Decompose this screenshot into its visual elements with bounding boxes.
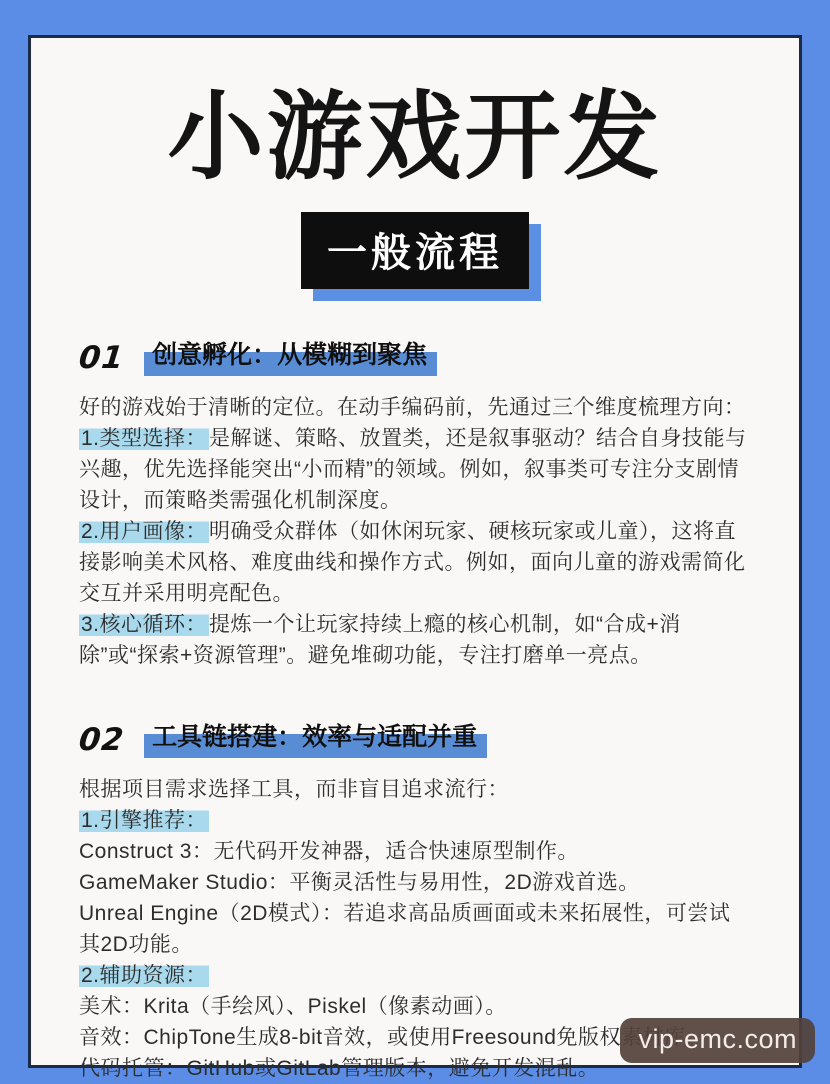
section-number: 02 <box>77 722 126 758</box>
list-item: 3.核心循环：提炼一个让玩家持续上瘾的核心机制，如“合成+消除”或“探索+资源管… <box>79 609 751 671</box>
item-label: 3.核心循环： <box>79 613 209 636</box>
group-label-text: 1.引擎推荐： <box>79 809 209 832</box>
section-02-intro: 根据项目需求选择工具，而非盲目追求流行： <box>79 774 751 805</box>
tool-line: Unreal Engine（2D模式）：若追求高品质画面或未来拓展性，可尝试其2… <box>79 898 751 960</box>
tool-line: Construct 3：无代码开发神器，适合快速原型制作。 <box>79 836 751 867</box>
list-item: 1.类型选择：是解谜、策略、放置类，还是叙事驱动？结合自身技能与兴趣，优先选择能… <box>79 423 751 516</box>
subtitle-badge-label: 一般流程 <box>301 212 529 289</box>
group-label: 1.引擎推荐： <box>79 805 209 836</box>
group-label-text: 2.辅助资源： <box>79 964 209 987</box>
section-02-header: 02 工具链搭建：效率与适配并重 <box>79 717 751 758</box>
page-title: 小游戏开发 <box>31 90 799 186</box>
section-01-intro: 好的游戏始于清晰的定位。在动手编码前，先通过三个维度梳理方向： <box>79 392 751 423</box>
watermark-badge: vip-emc.com <box>620 1018 815 1063</box>
section-01-header: 01 创意孵化：从模糊到聚焦 <box>79 335 751 376</box>
content-card: 小游戏开发 一般流程 01 创意孵化：从模糊到聚焦 好的游戏始于清晰的定位。在动… <box>28 35 802 1068</box>
poster-background: 小游戏开发 一般流程 01 创意孵化：从模糊到聚焦 好的游戏始于清晰的定位。在动… <box>0 0 830 1084</box>
poster-content: 01 创意孵化：从模糊到聚焦 好的游戏始于清晰的定位。在动手编码前，先通过三个维… <box>31 335 799 1084</box>
section-number: 01 <box>77 340 126 376</box>
list-item: 2.用户画像：明确受众群体（如休闲玩家、硬核玩家或儿童），这将直接影响美术风格、… <box>79 516 751 609</box>
section-heading: 工具链搭建：效率与适配并重 <box>144 717 487 758</box>
tool-line: GameMaker Studio：平衡灵活性与易用性，2D游戏首选。 <box>79 867 751 898</box>
section-heading: 创意孵化：从模糊到聚焦 <box>144 335 437 376</box>
item-label: 1.类型选择： <box>79 427 209 450</box>
section-idea-incubation: 01 创意孵化：从模糊到聚焦 好的游戏始于清晰的定位。在动手编码前，先通过三个维… <box>79 335 751 671</box>
item-label: 2.用户画像： <box>79 520 209 543</box>
section-01-body: 好的游戏始于清晰的定位。在动手编码前，先通过三个维度梳理方向： 1.类型选择：是… <box>79 392 751 671</box>
subtitle-badge: 一般流程 <box>301 212 529 289</box>
group-label: 2.辅助资源： <box>79 960 209 991</box>
